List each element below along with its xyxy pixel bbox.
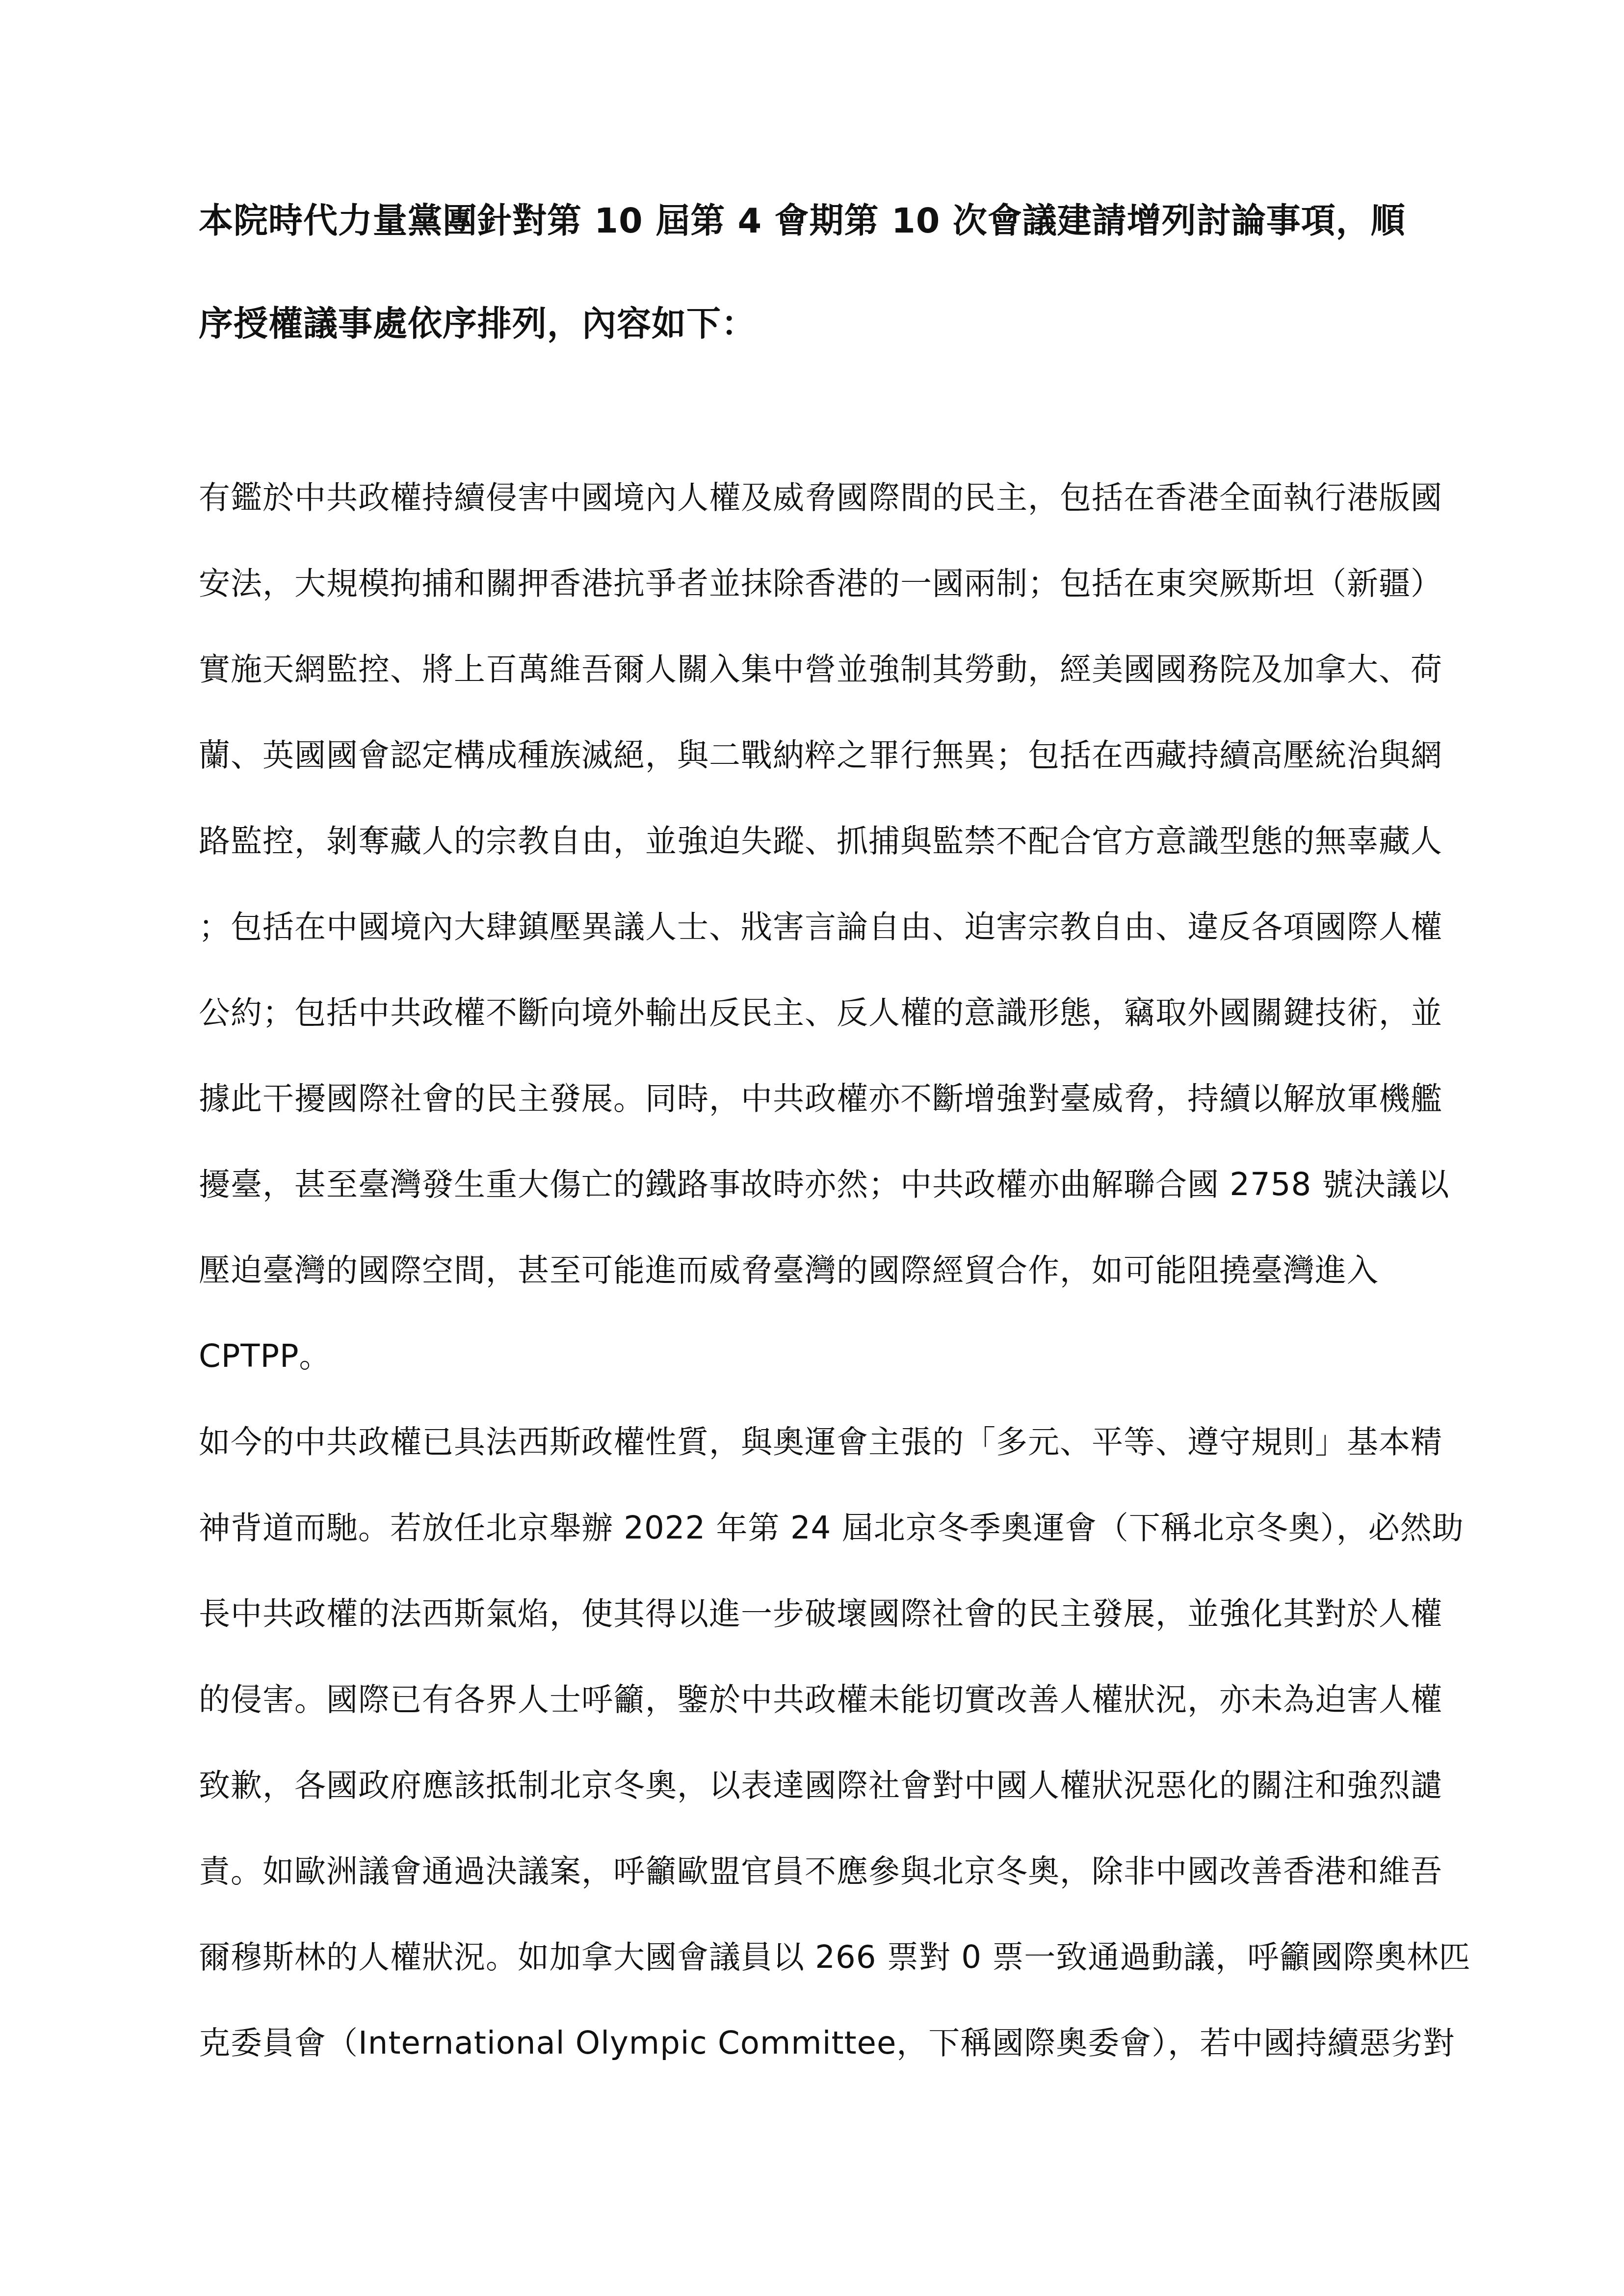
paragraph1-line-10: 壓迫臺灣的國際空間，甚至可能進而威脅臺灣的國際經貿合作，如可能阻撓臺灣進入 bbox=[199, 1251, 1379, 1290]
paragraph2-line-2: 神背道而馳。若放任北京舉辦 2022 年第 24 屆北京冬季奧運會（下稱北京冬奧… bbox=[199, 1509, 1464, 1548]
paragraph2-line-7: 爾穆斯林的人權狀況。如加拿大國會議員以 266 票對 0 票一致通過動議，呼籲國… bbox=[199, 1938, 1470, 1977]
paragraph1-line-6: ；包括在中國境內大肆鎮壓異議人士、戕害言論自由、迫害宗教自由、違反各項國際人權 bbox=[199, 908, 1442, 947]
paragraph2-line-6: 責。如歐洲議會通過決議案，呼籲歐盟官員不應參與北京冬奧，除非中國改善香港和維吾 bbox=[199, 1852, 1442, 1891]
paragraph1-line-3: 實施天網監控、將上百萬維吾爾人關入集中營並強制其勞動，經美國國務院及加拿大、荷 bbox=[199, 650, 1442, 689]
heading-line-2: 序授權議事處依序排列，內容如下： bbox=[199, 304, 756, 343]
paragraph2-line-3: 長中共政權的法西斯氣焰，使其得以進一步破壞國際社會的民主發展，並強化其對於人權 bbox=[199, 1594, 1442, 1634]
paragraph1-line-4: 蘭、英國國會認定構成種族滅絕，與二戰納粹之罪行無異；包括在西藏持續高壓統治與網 bbox=[199, 736, 1442, 775]
paragraph1-line-7: 公約；包括中共政權不斷向境外輸出反民主、反人權的意識形態，竊取外國關鍵技術，並 bbox=[199, 993, 1442, 1033]
paragraph1-line-9: 擾臺，甚至臺灣發生重大傷亡的鐵路事故時亦然；中共政權亦曲解聯合國 2758 號決… bbox=[199, 1165, 1450, 1204]
paragraph2-line-1: 如今的中共政權已具法西斯政權性質，與奧運會主張的「多元、平等、遵守規則」基本精 bbox=[199, 1423, 1442, 1462]
paragraph1-line-5: 路監控，剝奪藏人的宗教自由，並強迫失蹤、抓捕與監禁不配合官方意識型態的無辜藏人 bbox=[199, 822, 1442, 861]
paragraph1-line-11: CPTPP。 bbox=[199, 1337, 331, 1376]
paragraph2-line-8: 克委員會（International Olympic Committee，下稱國… bbox=[199, 2024, 1455, 2063]
paragraph2-line-4: 的侵害。國際已有各界人士呼籲，鑒於中共政權未能切實改善人權狀況，亦未為迫害人權 bbox=[199, 1680, 1442, 1720]
paragraph1-line-8: 據此干擾國際社會的民主發展。同時，中共政權亦不斷增強對臺威脅，持續以解放軍機艦 bbox=[199, 1079, 1442, 1119]
document-page: 本院時代力量黨團針對第 10 屆第 4 會期第 10 次會議建請增列討論事項，順… bbox=[0, 0, 1624, 2296]
paragraph1-line-1: 有鑑於中共政權持續侵害中國境內人權及威脅國際間的民主，包括在香港全面執行港版國 bbox=[199, 478, 1442, 518]
heading-line-1: 本院時代力量黨團針對第 10 屆第 4 會期第 10 次會議建請增列討論事項，順 bbox=[199, 201, 1406, 240]
paragraph1-line-2: 安法，大規模拘捕和關押香港抗爭者並抹除香港的一國兩制；包括在東突厥斯坦（新疆） bbox=[199, 564, 1442, 603]
paragraph2-line-5: 致歉，各國政府應該抵制北京冬奧，以表達國際社會對中國人權狀況惡化的關注和強烈譴 bbox=[199, 1766, 1442, 1805]
